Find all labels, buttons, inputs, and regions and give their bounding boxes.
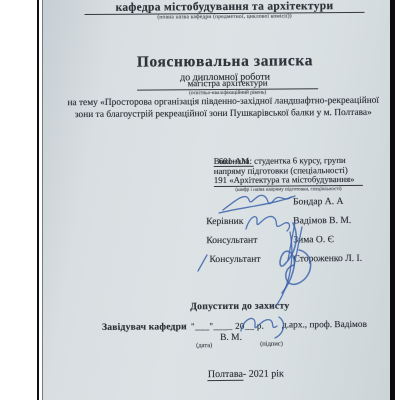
department-head-label: Завідувач кафедри (102, 321, 187, 333)
person-name: Вадімов В. М. (293, 215, 351, 226)
photo-background: кафедра містобудування та архітектури (п… (0, 0, 400, 400)
footer-city: Полтава (208, 369, 243, 381)
paper-edge-shadow-line (37, 0, 39, 400)
date-blank-line: "___"____ 20__ р. (191, 321, 264, 332)
person-row: Консультант Стороженко Л. І. (43, 253, 390, 270)
date-caption: (дата) (196, 342, 212, 349)
document-page: кафедра містобудування та архітектури (п… (42, 0, 390, 400)
document-title: Пояснювальна записка (60, 52, 390, 73)
signature-caption: (підпис) (260, 340, 283, 347)
document-content: кафедра містобудування та архітектури (п… (41, 0, 391, 400)
approver-initials: В. М. (220, 333, 242, 343)
person-row: Керівник Вадімов В. М. (43, 215, 390, 232)
permit-to-defense-heading: Допустити до захисту (180, 300, 300, 312)
person-role: Консультант (209, 254, 260, 265)
theme-line-1: на тему «Просторова організація південно… (58, 96, 388, 109)
footer-year: - 2021 рік (243, 368, 284, 379)
person-name: Бондар А. А (293, 196, 344, 207)
department-caption: (повна назва кафедри (предметної, циклов… (85, 13, 365, 21)
specialty-line: 191 «Архітектура та містобудування» (214, 174, 363, 187)
footer-line: Полтава - 2021 рік (60, 368, 390, 382)
specialty-caption: (шифр і назва напряму підготовки, спеціа… (214, 187, 363, 193)
person-row: Бондар А. А (43, 196, 390, 213)
person-name: Зима О. Є (293, 234, 334, 245)
person-role: Консультант (206, 235, 257, 246)
approver-name: д.арх., проф. Вадімов (282, 320, 367, 331)
person-name: Стороженко Л. І. (293, 253, 362, 265)
author-line-1: Виконала: студентка 6 курсу, групи601-АМ (214, 156, 254, 166)
person-role: Керівник (206, 216, 243, 227)
person-row: Консультант Зима О. Є (43, 234, 390, 251)
theme-line-2: зони та благоустрій рекреаційної зони Пу… (58, 108, 388, 121)
